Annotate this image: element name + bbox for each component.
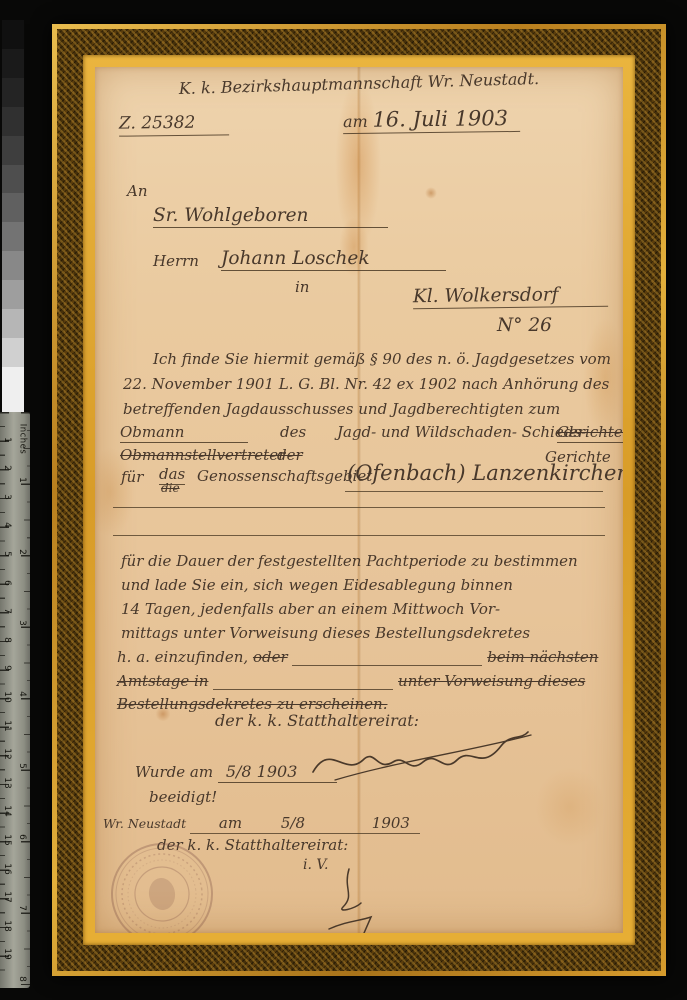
body-line: betreffenden Jagdausschusses und Jagdber… <box>123 401 560 418</box>
ruled-line <box>190 833 420 834</box>
ruler-cm-number: 16 <box>2 863 12 875</box>
ruled-line <box>113 535 605 536</box>
wedge-step <box>2 49 24 78</box>
wedge-step <box>2 193 24 222</box>
wedge-step <box>2 165 24 194</box>
addressee-name: Johann Loschek <box>221 248 446 271</box>
ruler-cm-number: 13 <box>2 777 12 789</box>
address-herrn: Herrn <box>153 253 199 270</box>
address-in: in <box>295 279 309 296</box>
wedge-step <box>2 78 24 107</box>
frame-dark-band: K. k. Bezirkshauptmannschaft Wr. Neustad… <box>57 29 661 971</box>
wedge-step <box>2 338 24 367</box>
ruler-cm-number: 1 <box>2 434 12 446</box>
ruler-cm-number: 11 <box>2 720 12 732</box>
date-value: 16. Juli 1903 <box>372 106 508 132</box>
address-salutation: Sr. Wohlgeboren <box>153 205 388 228</box>
oath-date: 5/8 1903 <box>218 762 338 783</box>
ruler-cm-number: 9 <box>2 662 12 674</box>
ruler-cm-number: 8 <box>2 634 12 646</box>
initials-signature <box>313 863 393 933</box>
photograph-of-framed-document: Inches 123456789101112131415161718191234… <box>0 0 687 1000</box>
ruler-inch-number: 7 <box>17 902 27 914</box>
text-einzufinden: h. a. einzufinden, <box>117 648 248 666</box>
oath-line: Wurde am 5/8 1903 <box>135 763 337 781</box>
ruler-cm-number: 7 <box>2 605 12 617</box>
ruler-inch-number: 1 <box>17 474 27 486</box>
body-line: Ich finde Sie hiermit gemäß § 90 des n. … <box>153 351 611 368</box>
date-prefix: am <box>343 112 368 131</box>
body-line: Amtstage in unter Vorweisung dieses <box>117 673 585 690</box>
appointment-stellvertreter: Obmannstellvertreter <box>120 447 285 464</box>
ruler-inch-number: 3 <box>17 617 27 629</box>
text-oder-struck: oder <box>253 648 288 666</box>
document-paper: K. k. Bezirkshauptmannschaft Wr. Neustad… <box>95 67 623 933</box>
cert-place: Wr. Neustadt <box>103 816 186 831</box>
body-line: und lade Sie ein, sich wegen Eidesablegu… <box>121 577 513 594</box>
wurde-am: Wurde am <box>135 763 213 781</box>
ruler-inch-number: 8 <box>17 973 27 985</box>
cert-am: am <box>219 814 242 832</box>
signature <box>305 722 535 784</box>
address-place: Kl. Wolkersdorf <box>413 284 608 310</box>
fold-crease-vertical <box>357 67 361 933</box>
ruler: Inches 123456789101112131415161718191234… <box>0 412 30 988</box>
ruler-cm-number: 6 <box>2 577 12 589</box>
stain <box>535 767 605 847</box>
ruler-cm-number: 3 <box>2 491 12 503</box>
blank-line <box>213 676 393 690</box>
cert-year: 1903 <box>372 814 410 832</box>
ruled-line <box>345 491 603 492</box>
blank-line <box>292 652 482 666</box>
ruled-line <box>113 507 605 508</box>
territory-die: die <box>161 482 180 496</box>
ruler-inch-number: 2 <box>17 546 27 558</box>
grayscale-wedge <box>2 20 24 416</box>
text-unter-vorweisung-struck: unter Vorweisung dieses <box>398 672 585 690</box>
appointment-des: des <box>280 424 306 441</box>
ruler-cm-number: 17 <box>2 891 12 903</box>
certification-date-line: Wr. Neustadt am 5/8 1903 <box>103 815 410 832</box>
appointment-der: der <box>277 447 303 464</box>
wedge-step <box>2 222 24 251</box>
wedge-step <box>2 107 24 136</box>
address-house-number: N° 26 <box>497 315 552 336</box>
ruler-cm-number: 18 <box>2 920 12 932</box>
ruler-cm-number: 4 <box>2 519 12 531</box>
ruler-cm-number: 12 <box>2 748 12 760</box>
beeidigt: beeidigt! <box>149 789 217 806</box>
body-line: 14 Tagen, jedenfalls aber an einem Mittw… <box>121 601 500 618</box>
wedge-step <box>2 280 24 309</box>
wedge-step <box>2 367 24 416</box>
territory-fuer: für <box>121 469 143 486</box>
body-line: für die Dauer der festgestellten Pachtpe… <box>121 553 578 570</box>
body-line: 22. November 1901 L. G. Bl. Nr. 42 ex 19… <box>123 376 609 393</box>
appointment-obmann: Obmann <box>120 424 248 443</box>
cert-date: 5/8 <box>281 814 305 832</box>
file-number: Z. 25382 <box>119 113 230 136</box>
address-an: An <box>127 183 148 200</box>
text-beim-naechsten-struck: beim nächsten <box>487 648 598 666</box>
wedge-step <box>2 309 24 338</box>
gilt-frame: K. k. Bezirkshauptmannschaft Wr. Neustad… <box>52 24 666 976</box>
text-amtstage-struck: Amtstage in <box>117 672 208 690</box>
body-line: mittags unter Vorweisung dieses Bestellu… <box>121 625 530 642</box>
official-round-stamp-icon <box>102 834 222 933</box>
ruler-unit-label: Inches <box>17 424 27 455</box>
ruler-inch-number: 6 <box>17 831 27 843</box>
appointment-gerichtes: Gerichtes <box>557 424 623 443</box>
ruler-cm-number: 15 <box>2 834 12 846</box>
ruler-inch-quarter-ticks <box>27 430 31 988</box>
wedge-step <box>2 20 24 49</box>
ruler-cm-number: 10 <box>2 691 12 703</box>
stain <box>425 187 437 199</box>
ruler-cm-number: 14 <box>2 805 12 817</box>
ruler-cm-number: 2 <box>2 462 12 474</box>
date-line: am 16. Juli 1903 <box>343 106 520 134</box>
frame-gold-mat: K. k. Bezirkshauptmannschaft Wr. Neustad… <box>83 55 635 945</box>
ruler-cm-number: 19 <box>2 948 12 960</box>
ruler-cm-number: 5 <box>2 548 12 560</box>
territory-gebiet: Genossenschaftsgebiet <box>197 468 372 485</box>
wedge-step <box>2 136 24 165</box>
ruler-inch-number: 5 <box>17 760 27 772</box>
wedge-step <box>2 251 24 280</box>
ruler-inch-number: 4 <box>17 688 27 700</box>
appointment-court: Jagd- und Wildschaden- Schieds- <box>337 424 586 441</box>
territory-value: (Ofenbach) Lanzenkirchen <box>347 461 623 485</box>
body-line: h. a. einzufinden, oder beim nächsten <box>117 649 598 666</box>
